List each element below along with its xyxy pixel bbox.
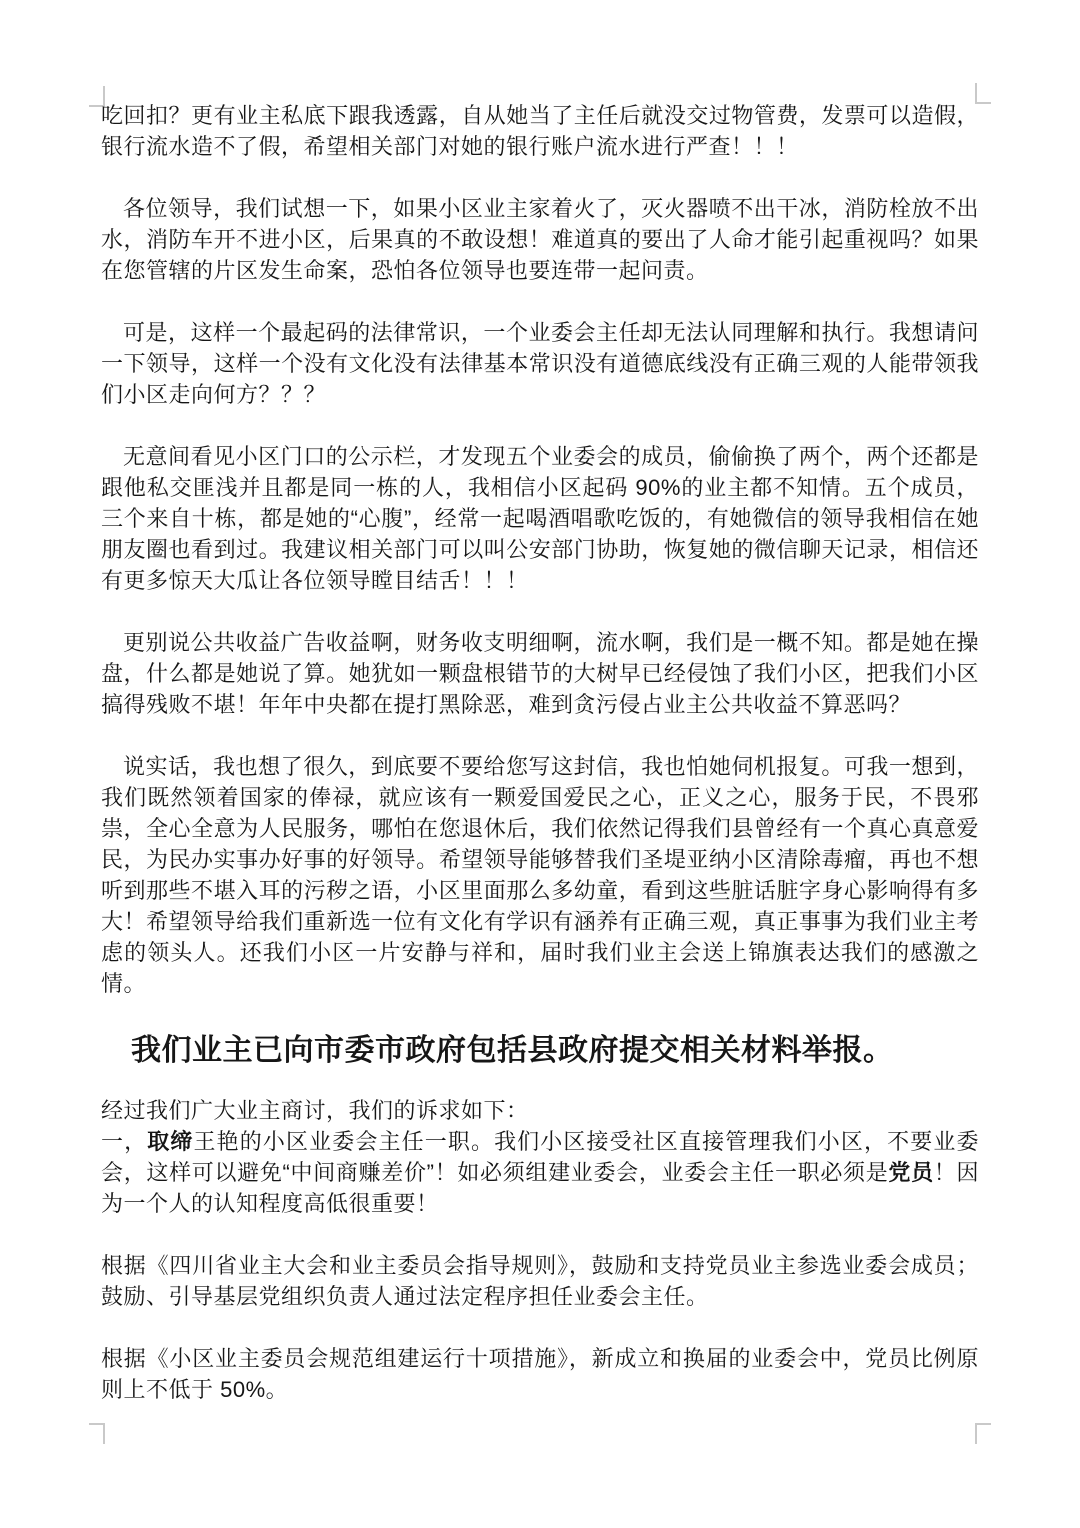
paragraph-fire-safety: 各位领导，我们试想一下，如果小区业主家着火了，灭火器喷不出干冰，消防栓放不出水，… — [101, 193, 979, 286]
document-page: 吃回扣？更有业主私底下跟我透露，自从她当了主任后就没交过物管费，发票可以造假，银… — [0, 0, 1080, 1528]
reference-ten-measures: 根据《小区业主委员会规范组建运行十项措施》，新成立和换届的业委会中，党员比例原则… — [101, 1343, 979, 1405]
paragraph-public-revenue: 更别说公共收益广告收益啊，财务收支明细啊，流水啊，我们是一概不知。都是她在操盘，… — [101, 627, 979, 720]
paragraph-kickbacks: 吃回扣？更有业主私底下跟我透露，自从她当了主任后就没交过物管费，发票可以造假，银… — [101, 100, 979, 162]
report-headline: 我们业主已向市委市政府包括县政府提交相关材料举报。 — [101, 1031, 979, 1071]
paragraph-committee-members: 无意间看见小区门口的公示栏，才发现五个业委会的成员，偷偷换了两个，两个还都是跟他… — [101, 441, 979, 596]
reference-sichuan-rules: 根据《四川省业主大会和业主委员会指导规则》，鼓励和支持党员业主参选业委会成员；鼓… — [101, 1250, 979, 1312]
paragraph-appeal-to-leaders: 说实话，我也想了很久，到底要不要给您写这封信，我也怕她伺机报复。可我一想到，我们… — [101, 751, 979, 999]
demand-1-bold-revoke: 取缔 — [147, 1129, 193, 1154]
demand-1-bold-party-member: 党员 — [888, 1160, 933, 1185]
demand-1-middle: 王艳的小区业委会主任一职。我们小区接受社区直接管理我们小区，不要业委会，这样可以… — [101, 1129, 979, 1185]
demand-1-prefix: 一， — [101, 1129, 147, 1154]
demands-intro: 经过我们广大业主商讨，我们的诉求如下： — [101, 1095, 979, 1126]
demand-item-1: 一，取缔王艳的小区业委会主任一职。我们小区接受社区直接管理我们小区，不要业委会，… — [101, 1126, 979, 1219]
letter-body: 吃回扣？更有业主私底下跟我透露，自从她当了主任后就没交过物管费，发票可以造假，银… — [101, 100, 979, 1436]
paragraph-legal-common-sense: 可是，这样一个最起码的法律常识，一个业委会主任却无法认同理解和执行。我想请问一下… — [101, 317, 979, 410]
